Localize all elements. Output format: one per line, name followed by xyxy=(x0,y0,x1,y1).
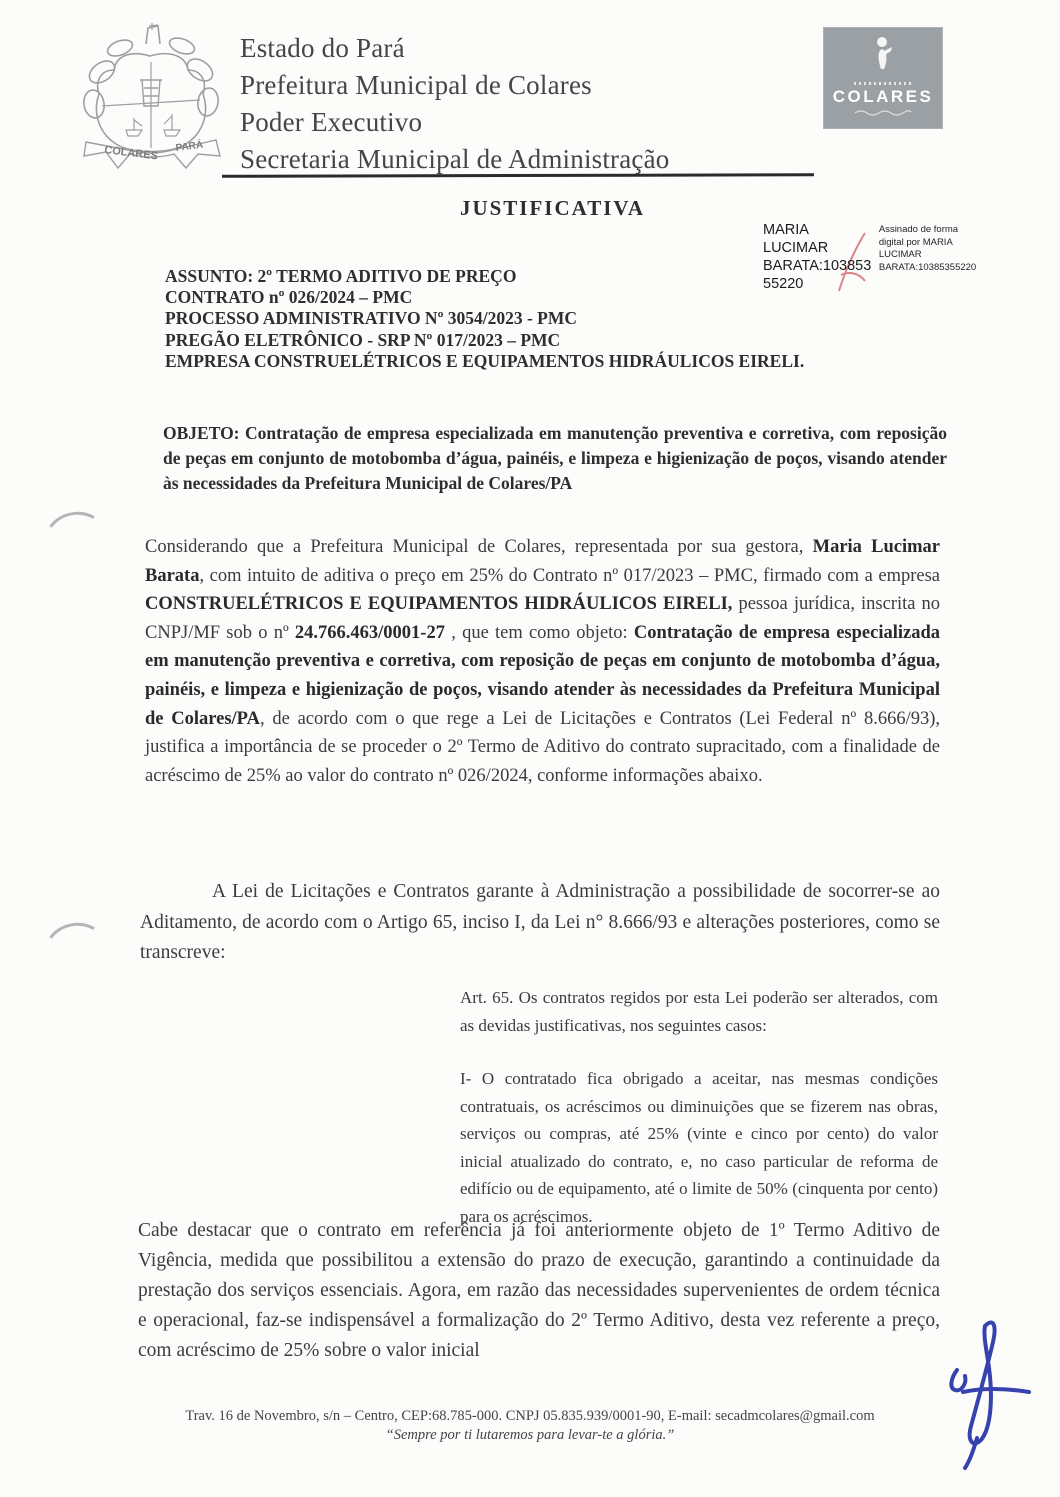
document-page: COLARES PARÁ Estado do Pará Prefeitura M… xyxy=(0,0,1060,1497)
letterhead-line-secretaria: Secretaria Municipal de Administração xyxy=(240,141,670,178)
quote-inciso-i: I- O contratado fica obrigado a aceitar,… xyxy=(460,1065,938,1230)
scan-arc-mark-top xyxy=(39,506,113,574)
stamp-signer-name: MARIA LUCIMARBARATA:10385355220 xyxy=(763,221,872,293)
page-footer: Trav. 16 de Novembro, s/n – Centro, CEP:… xyxy=(0,1407,1060,1445)
subject-block: ASSUNTO: 2º TERMO ADITIVO DE PREÇOCONTRA… xyxy=(165,266,804,372)
handwritten-initials xyxy=(933,1308,1043,1478)
logo-wordmark: COLARES xyxy=(833,87,934,107)
logo-small-text-row xyxy=(854,82,912,85)
legal-quote-block: Art. 65. Os contratos regidos por esta L… xyxy=(460,984,938,1230)
quote-art65: Art. 65. Os contratos regidos por esta L… xyxy=(460,984,938,1039)
municipal-crest-icon: COLARES PARÁ xyxy=(68,22,233,177)
colares-logo: COLARES xyxy=(824,28,942,128)
digital-signature-stamp: MARIA LUCIMARBARATA:10385355220 Assinado… xyxy=(763,221,978,293)
footer-address: Trav. 16 de Novembro, s/n – Centro, CEP:… xyxy=(0,1407,1060,1426)
body-paragraph-lei: A Lei de Licitações e Contratos garante … xyxy=(140,877,940,969)
crest-ribbon-right-label: PARÁ xyxy=(175,138,204,154)
letterhead-line-prefeitura: Prefeitura Municipal de Colares xyxy=(240,67,670,104)
letterhead: Estado do Pará Prefeitura Municipal de C… xyxy=(240,30,670,178)
colares-figure-icon xyxy=(870,36,896,76)
objeto-paragraph: OBJETO: Contratação de empresa especiali… xyxy=(163,421,947,495)
document-title: JUSTIFICATIVA xyxy=(60,196,1045,221)
body-paragraph-cabe-destacar: Cabe destacar que o contrato em referênc… xyxy=(138,1216,940,1366)
stamp-signature-details: Assinado de formadigital por MARIALUCIMA… xyxy=(879,221,978,293)
body-paragraph-considerando: Considerando que a Prefeitura Municipal … xyxy=(145,533,940,790)
logo-tagline-squiggle xyxy=(853,108,913,116)
footer-motto: “Sempre por ti lutaremos para levar-te a… xyxy=(0,1426,1060,1445)
letterhead-line-poder: Poder Executivo xyxy=(240,104,670,141)
scan-arc-mark-bottom xyxy=(39,917,113,985)
letterhead-line-state: Estado do Pará xyxy=(240,30,670,67)
